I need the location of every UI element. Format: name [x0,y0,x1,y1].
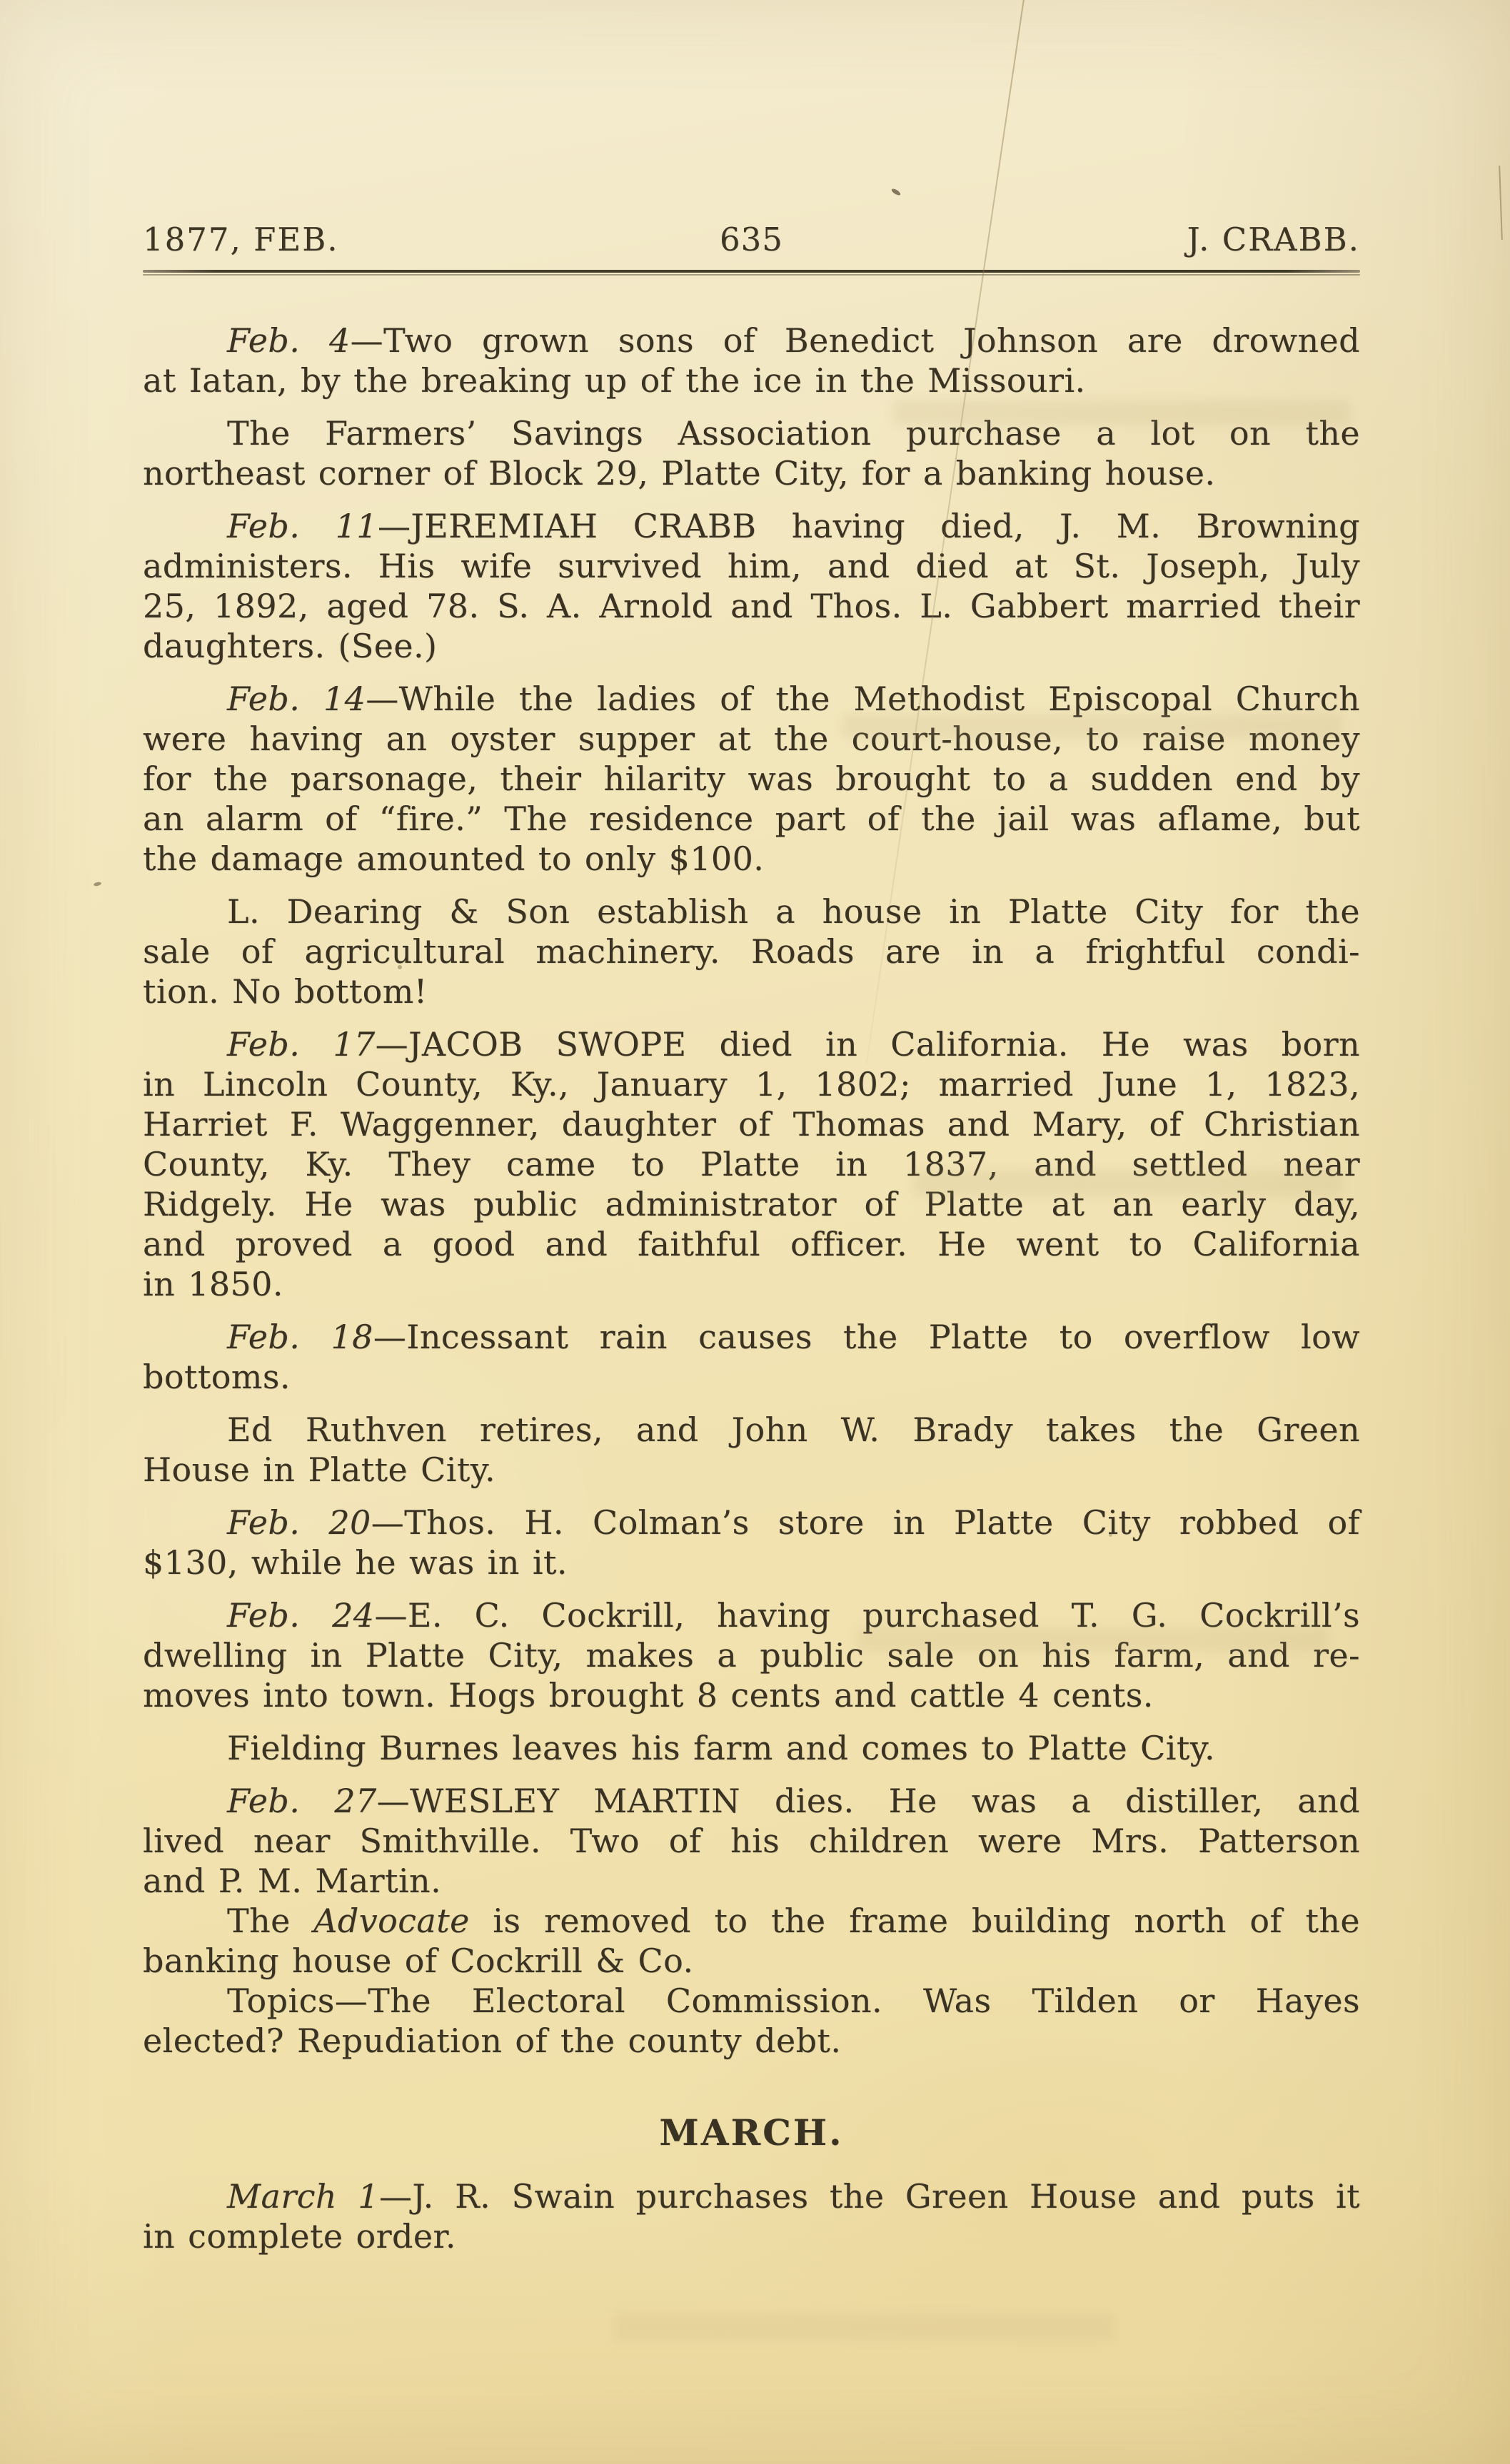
text-line: dwelling in Platte City, makes a public … [143,1635,1360,1675]
running-head-author: J. CRABB. [783,223,1360,257]
header-rule-bottom-line [143,274,1360,276]
text-line: at Iatan, by the breaking up of the ice … [143,360,1360,400]
header-rule [143,270,1360,276]
header-rule-top-line [143,270,1360,273]
text-line: The Farmers’ Savings Association purchas… [143,413,1360,453]
text-line: Ridgely. He was public administrator of … [143,1184,1360,1224]
text-line: daughters. (See.) [143,626,1360,666]
text-line: Topics—The Electoral Commission. Was Til… [143,1981,1360,2021]
text-line: $130, while he was in it. [143,1542,1360,1582]
text-line: Feb. 17—JACOB SWOPE died in California. … [143,1024,1360,1064]
text-line: in Lincoln County, Ky., January 1, 1802;… [143,1064,1360,1104]
paragraph: The Advocate is removed to the frame bui… [143,1901,1360,1981]
paragraph: Feb. 4—Two grown sons of Benedict Johnso… [143,320,1360,400]
text-line: Feb. 4—Two grown sons of Benedict Johnso… [143,320,1360,360]
text-line: Feb. 18—Incessant rain causes the Platte… [143,1317,1360,1357]
section-heading-march: MARCH. [143,2111,1360,2155]
text-line: and proved a good and faithful officer. … [143,1224,1360,1264]
paragraph: Fielding Burnes leaves his farm and come… [143,1728,1360,1768]
text-line: The Advocate is removed to the frame bui… [143,1901,1360,1941]
text-line: banking house of Cockrill & Co. [143,1941,1360,1981]
text-line: were having an oyster supper at the cour… [143,719,1360,759]
text-line: L. Dearing & Son establish a house in Pl… [143,892,1360,931]
text-line: elected? Repudiation of the county debt. [143,2021,1360,2061]
text-line: 25, 1892, aged 78. S. A. Arnold and Thos… [143,586,1360,626]
text-line: northeast corner of Block 29, Platte Cit… [143,453,1360,493]
paragraph: Feb. 11—JEREMIAH CRABB having died, J. M… [143,506,1360,666]
text-line: sale of agricultural machinery. Roads ar… [143,931,1360,971]
text-line: the damage amounted to only $100. [143,839,1360,879]
text-line: House in Platte City. [143,1450,1360,1490]
paragraph: L. Dearing & Son establish a house in Pl… [143,892,1360,1011]
text-line: and P. M. Martin. [143,1861,1360,1901]
text-line: Feb. 20—Thos. H. Colman’s store in Platt… [143,1503,1360,1542]
text-line: Feb. 27—WESLEY MARTIN dies. He was a dis… [143,1781,1360,1821]
text-line: administers. His wife survived him, and … [143,546,1360,586]
paragraph: The Farmers’ Savings Association purchas… [143,413,1360,493]
text-line: moves into town. Hogs brought 8 cents an… [143,1675,1360,1715]
text-line: for the parsonage, their hilarity was br… [143,759,1360,799]
page-number: 635 [720,223,783,257]
text-line: Harriet F. Waggenner, daughter of Thomas… [143,1104,1360,1144]
show-through-smudge [614,2313,1114,2341]
march-entries: March 1—J. R. Swain purchases the Green … [143,2176,1360,2256]
paragraph: Feb. 27—WESLEY MARTIN dies. He was a dis… [143,1781,1360,1901]
paragraph: Feb. 14—While the ladies of the Methodis… [143,679,1360,879]
text-line: Feb. 24—E. C. Cockrill, having purchased… [143,1595,1360,1635]
text-line: Feb. 11—JEREMIAH CRABB having died, J. M… [143,506,1360,546]
text-line: in complete order. [143,2216,1360,2256]
paragraph: Feb. 17—JACOB SWOPE died in California. … [143,1024,1360,1304]
running-head: 1877, FEB. 635 J. CRABB. [143,223,1360,257]
text-line: tion. No bottom! [143,971,1360,1011]
page-content: 1877, FEB. 635 J. CRABB. Feb. 4—Two grow… [0,0,1510,2256]
text-line: Fielding Burnes leaves his farm and come… [143,1728,1360,1768]
paragraph: Feb. 20—Thos. H. Colman’s store in Platt… [143,1503,1360,1582]
paragraph: Topics—The Electoral Commission. Was Til… [143,1981,1360,2061]
february-entries: Feb. 4—Two grown sons of Benedict Johnso… [143,320,1360,2061]
text-line: Feb. 14—While the ladies of the Methodis… [143,679,1360,719]
book-page: 1877, FEB. 635 J. CRABB. Feb. 4—Two grow… [0,0,1510,2464]
paragraph: March 1—J. R. Swain purchases the Green … [143,2176,1360,2256]
text-line: in 1850. [143,1264,1360,1304]
text-line: an alarm of “fire.” The residence part o… [143,799,1360,839]
text-line: Ed Ruthven retires, and John W. Brady ta… [143,1410,1360,1450]
paragraph: Feb. 24—E. C. Cockrill, having purchased… [143,1595,1360,1715]
paragraph: Ed Ruthven retires, and John W. Brady ta… [143,1410,1360,1490]
text-line: County, Ky. They came to Platte in 1837,… [143,1144,1360,1184]
running-head-date: 1877, FEB. [143,223,720,257]
text-line: March 1—J. R. Swain purchases the Green … [143,2176,1360,2216]
text-line: bottoms. [143,1357,1360,1397]
paragraph: Feb. 18—Incessant rain causes the Platte… [143,1317,1360,1397]
text-line: lived near Smithville. Two of his childr… [143,1821,1360,1861]
